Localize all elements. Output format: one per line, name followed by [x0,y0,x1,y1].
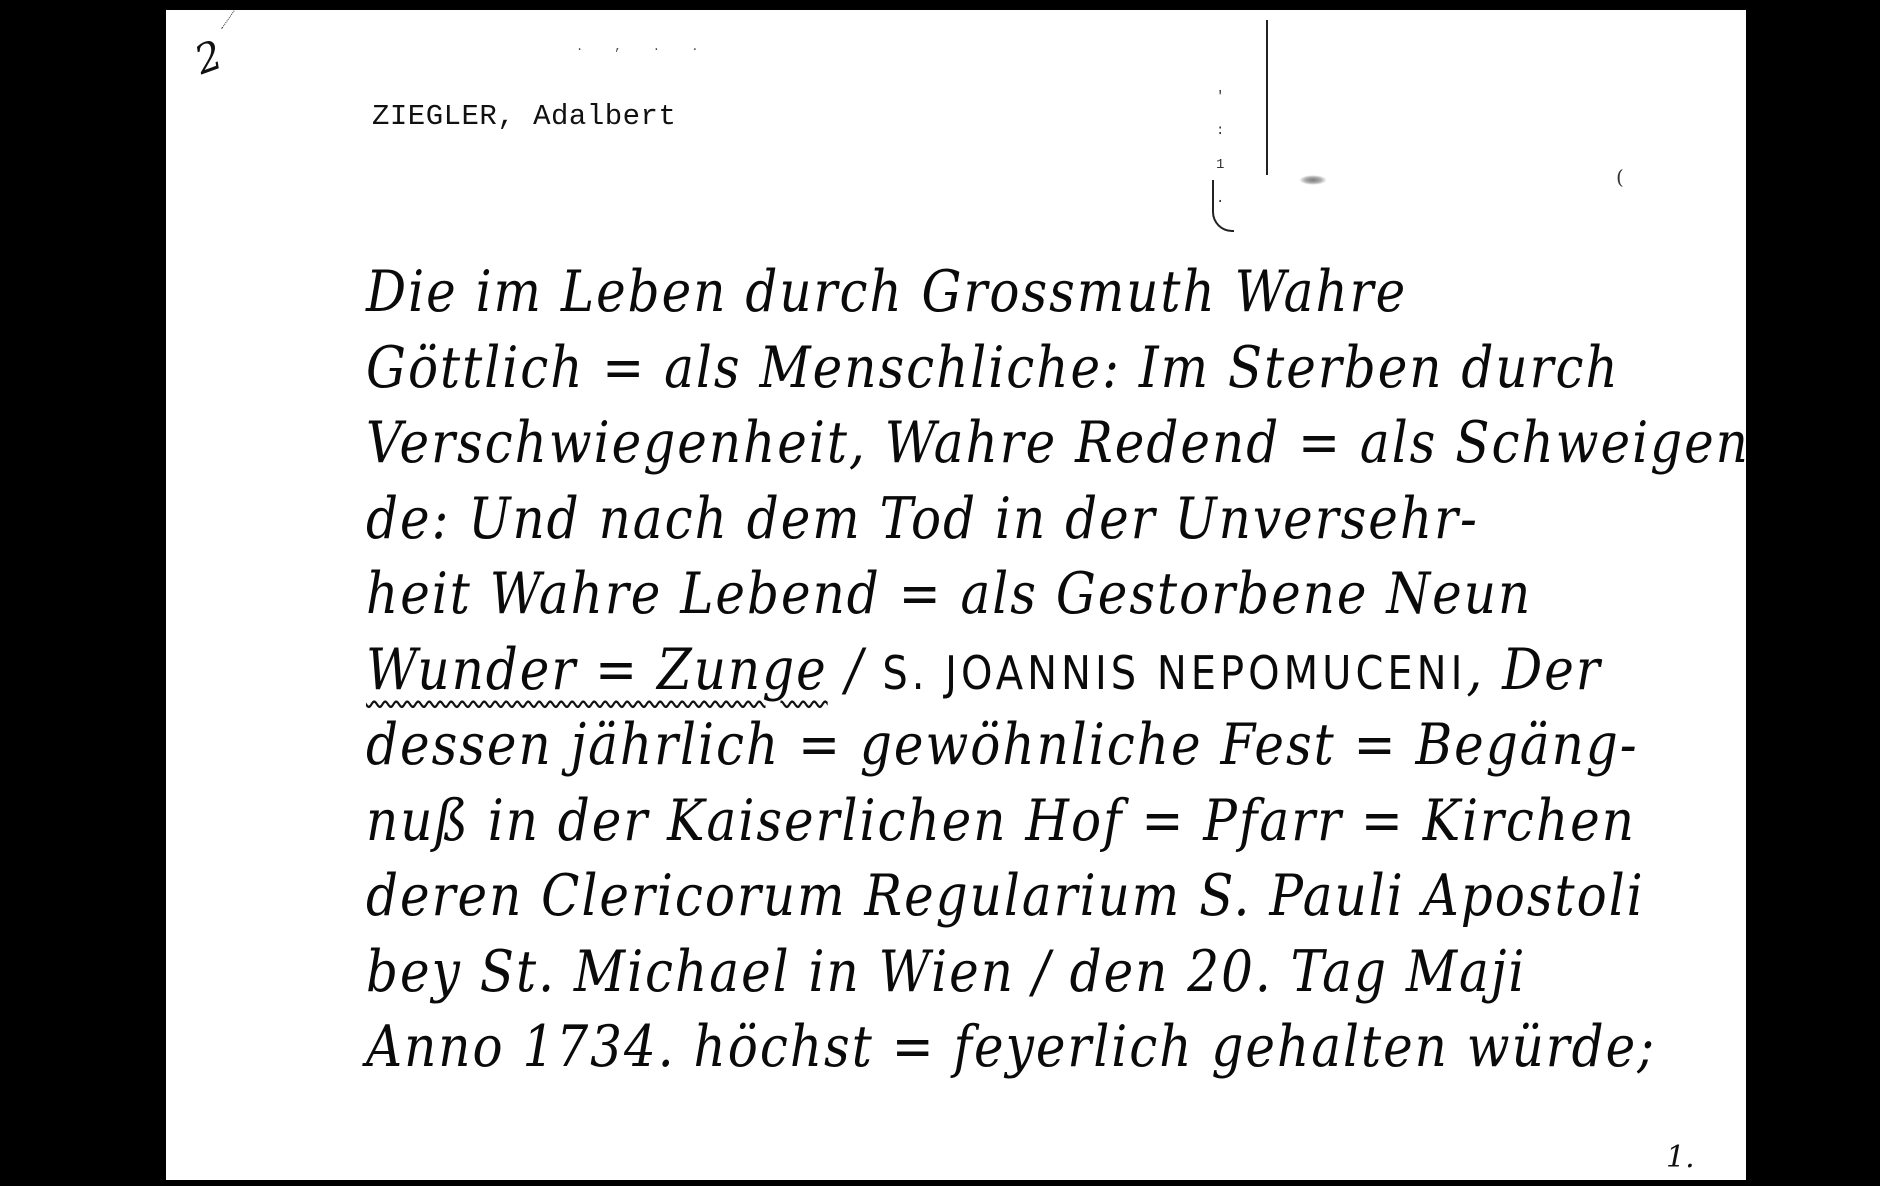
top-scan-marks: . , . . [576,40,710,54]
handwritten-line: dessen jährlich = gewöhnliche Fest = Beg… [366,702,1726,789]
handwritten-line: deren Clericorum Regularium S. Pauli Apo… [366,853,1726,940]
typed-name-header: ZIEGLER, Adalbert [372,100,676,133]
handwritten-line: heit Wahre Lebend = als Gestorbene Neun [366,551,1726,638]
handwritten-text-body: Die im Leben durch Grossmuth Wahre Göttl… [366,260,1726,1091]
scanned-document-page: 2 . , . . ZIEGLER, Adalbert ' : 1 . ( Di… [166,10,1746,1180]
paren-mark: ( [1616,165,1624,189]
page-number: 1. [1666,1140,1695,1175]
handwritten-line: bey St. Michael in Wien / den 20. Tag Ma… [366,928,1726,1015]
saint-name-capitals: S. JOANNIS NEPOMUCENI [882,647,1466,700]
handwritten-line: Göttlich = als Menschliche: Im Sterben d… [366,324,1726,411]
handwritten-line-with-name: Wunder = Zunge / S. JOANNIS NEPOMUCENI, … [366,626,1726,713]
corner-annotation: 2 [189,32,229,84]
handwritten-line: Anno 1734. höchst = feyerlich gehalten w… [366,1004,1726,1091]
handwritten-line: Verschwiegenheit, Wahre Redend = als Sch… [366,400,1726,487]
margin-bracket-marks: ' : 1 . [1216,80,1224,216]
handwritten-line: Die im Leben durch Grossmuth Wahre [366,249,1726,336]
handwritten-line: de: Und nach dem Tod in der Unversehr- [366,475,1726,562]
line-ending: , Der [1466,635,1601,702]
corner-pencil-stroke [221,10,240,30]
line-separator: / [828,635,883,702]
handwritten-line: nuß in der Kaiserlichen Hof = Pfarr = Ki… [366,777,1726,864]
wavy-underlined-phrase: Wunder = Zunge [366,635,828,702]
ink-smudge [1299,175,1327,185]
margin-bracket-line [1266,20,1268,175]
